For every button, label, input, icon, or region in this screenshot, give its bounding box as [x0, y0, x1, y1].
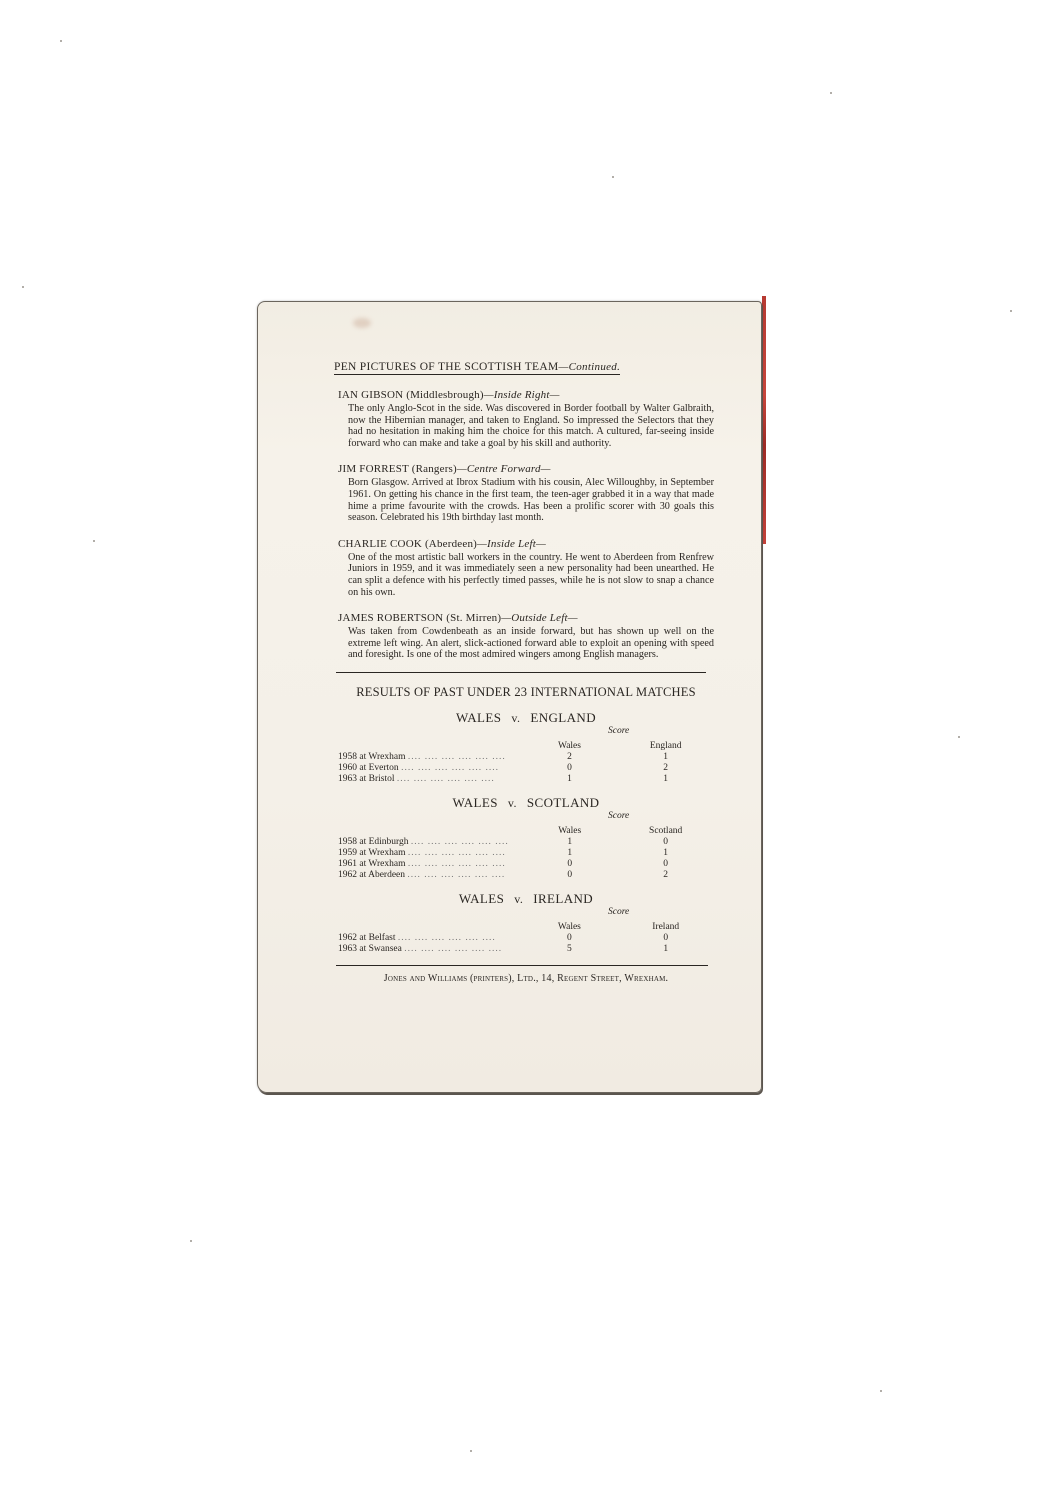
table-header: WalesEngland — [338, 740, 714, 752]
fixture-block: Walesv.ScotlandScoreWalesScotland1958 at… — [338, 795, 714, 881]
player-name: Charlie Cook — [338, 538, 422, 550]
results-heading: Results of Past Under 23 International M… — [338, 685, 714, 700]
player-position: —Centre Forward— — [457, 463, 551, 475]
venue-text: 1963 at Swansea — [338, 944, 402, 954]
results-table: WalesEngland1958 at Wrexham .... .... ..… — [338, 740, 714, 785]
away-score: 1 — [617, 774, 714, 785]
player-entry: Jim Forrest (Rangers)—Centre Forward—Bor… — [338, 463, 714, 523]
player-club: (Rangers) — [412, 463, 457, 475]
match-venue: 1958 at Edinburgh .... .... .... .... ..… — [338, 837, 522, 848]
away-team: Scotland — [527, 795, 600, 810]
player-heading: Ian Gibson (Middlesbrough)—Inside Right— — [338, 389, 714, 401]
match-venue: 1963 at Bristol .... .... .... .... ....… — [338, 774, 522, 785]
venue-text: 1960 at Everton — [338, 763, 399, 773]
venue-text: 1959 at Wrexham — [338, 848, 406, 858]
fixture-list: Walesv.EnglandScoreWalesEngland1958 at W… — [338, 710, 714, 955]
divider — [336, 965, 708, 966]
venue-header — [338, 825, 522, 837]
player-name: Ian Gibson — [338, 389, 403, 401]
away-team: Ireland — [533, 891, 593, 906]
match-venue: 1959 at Wrexham .... .... .... .... ....… — [338, 848, 522, 859]
player-bio: Born Glasgow. Arrived at Ibrox Stadium w… — [348, 477, 714, 523]
table-header: WalesScotland — [338, 825, 714, 837]
versus: v. — [508, 796, 517, 810]
player-bio: The only Anglo-Scot in the side. Was dis… — [348, 403, 714, 449]
venue-header — [338, 740, 522, 752]
scan-speck — [1010, 310, 1012, 312]
red-cover-edge — [762, 296, 766, 544]
fixture-title: Walesv.Ireland — [338, 891, 714, 907]
leader-dots: .... .... .... .... .... .... — [411, 837, 509, 847]
scan-speck — [830, 92, 832, 94]
player-bio: Was taken from Cowdenbeath as an inside … — [348, 626, 714, 661]
away-score: 1 — [617, 848, 714, 859]
match-venue: 1962 at Belfast .... .... .... .... ....… — [338, 933, 521, 944]
table-row: 1963 at Bristol .... .... .... .... ....… — [338, 774, 714, 785]
home-score: 0 — [521, 933, 617, 944]
home-score: 0 — [522, 859, 617, 870]
away-score: 2 — [617, 763, 714, 774]
player-heading: James Robertson (St. Mirren)—Outside Lef… — [338, 612, 714, 624]
leader-dots: .... .... .... .... .... .... — [398, 933, 496, 943]
home-score: 0 — [522, 870, 617, 881]
versus: v. — [514, 892, 523, 906]
home-score: 5 — [521, 944, 617, 955]
away-score: 0 — [617, 859, 714, 870]
venue-text: 1962 at Aberdeen — [338, 870, 405, 880]
away-team: England — [530, 710, 596, 725]
table-row: 1960 at Everton .... .... .... .... ....… — [338, 763, 714, 774]
fixture-title: Walesv.England — [338, 710, 714, 726]
leader-dots: .... .... .... .... .... .... — [408, 752, 506, 762]
venue-header — [338, 921, 521, 933]
leader-dots: .... .... .... .... .... .... — [404, 944, 502, 954]
score-label: Score — [608, 726, 629, 736]
results-table: WalesIreland1962 at Belfast .... .... ..… — [338, 921, 714, 955]
score-label: Score — [608, 907, 629, 917]
leader-dots: .... .... .... .... .... .... — [401, 763, 499, 773]
player-name: James Robertson — [338, 612, 443, 624]
player-heading: Charlie Cook (Aberdeen)—Inside Left— — [338, 538, 714, 550]
column-header: Wales — [522, 825, 617, 837]
table-row: 1958 at Wrexham .... .... .... .... ....… — [338, 752, 714, 763]
table-row: 1963 at Swansea .... .... .... .... ....… — [338, 944, 714, 955]
column-header: England — [617, 740, 714, 752]
player-position: —Outside Left— — [501, 612, 577, 624]
scan-speck — [958, 736, 960, 738]
player-position: —Inside Right— — [484, 389, 560, 401]
venue-text: 1958 at Wrexham — [338, 752, 406, 762]
venue-text: 1958 at Edinburgh — [338, 837, 409, 847]
column-header: Ireland — [617, 921, 714, 933]
player-club: (Aberdeen) — [425, 538, 477, 550]
scan-speck — [93, 540, 95, 542]
fixture-block: Walesv.IrelandScoreWalesIreland1962 at B… — [338, 891, 714, 955]
leader-dots: .... .... .... .... .... .... — [407, 870, 505, 880]
table-row: 1962 at Aberdeen .... .... .... .... ...… — [338, 870, 714, 881]
player-entry: Ian Gibson (Middlesbrough)—Inside Right—… — [338, 389, 714, 449]
leader-dots: .... .... .... .... .... .... — [408, 859, 506, 869]
away-score: 0 — [617, 837, 714, 848]
venue-text: 1962 at Belfast — [338, 933, 396, 943]
scan-speck — [22, 286, 24, 288]
match-venue: 1963 at Swansea .... .... .... .... ....… — [338, 944, 521, 955]
table-header: WalesIreland — [338, 921, 714, 933]
column-header: Wales — [521, 921, 617, 933]
player-position: —Inside Left— — [477, 538, 546, 550]
player-club: (St. Mirren) — [446, 612, 501, 624]
pen-pictures-heading: Pen Pictures of the Scottish Team—Contin… — [334, 361, 620, 375]
scan-speck — [190, 1240, 192, 1242]
away-score: 1 — [617, 944, 714, 955]
home-score: 1 — [522, 848, 617, 859]
away-score: 0 — [617, 933, 714, 944]
player-bio: One of the most artistic ball workers in… — [348, 552, 714, 598]
score-label: Score — [608, 811, 629, 821]
home-score: 1 — [522, 774, 618, 785]
table-row: 1958 at Edinburgh .... .... .... .... ..… — [338, 837, 714, 848]
player-list: Ian Gibson (Middlesbrough)—Inside Right—… — [338, 389, 714, 661]
venue-text: 1963 at Bristol — [338, 774, 394, 784]
scan-speck — [880, 1390, 882, 1392]
home-score: 1 — [522, 837, 617, 848]
home-team: Wales — [459, 891, 504, 906]
match-venue: 1962 at Aberdeen .... .... .... .... ...… — [338, 870, 522, 881]
versus: v. — [511, 711, 520, 725]
match-venue: 1961 at Wrexham .... .... .... .... ....… — [338, 859, 522, 870]
page-content: Pen Pictures of the Scottish Team—Contin… — [338, 357, 714, 984]
away-score: 2 — [617, 870, 714, 881]
printer-credit: Jones and Williams (printers), Ltd., 14,… — [338, 973, 714, 984]
results-table: WalesScotland1958 at Edinburgh .... ....… — [338, 825, 714, 881]
table-row: 1959 at Wrexham .... .... .... .... ....… — [338, 848, 714, 859]
match-venue: 1958 at Wrexham .... .... .... .... ....… — [338, 752, 522, 763]
away-score: 1 — [617, 752, 714, 763]
leader-dots: .... .... .... .... .... .... — [408, 848, 506, 858]
table-row: 1962 at Belfast .... .... .... .... ....… — [338, 933, 714, 944]
leader-dots: .... .... .... .... .... .... — [397, 774, 495, 784]
column-header: Scotland — [617, 825, 714, 837]
table-row: 1961 at Wrexham .... .... .... .... ....… — [338, 859, 714, 870]
fixture-title: Walesv.Scotland — [338, 795, 714, 811]
column-header: Wales — [522, 740, 618, 752]
divider — [336, 672, 706, 673]
paper-stain — [353, 318, 371, 328]
venue-text: 1961 at Wrexham — [338, 859, 406, 869]
player-entry: James Robertson (St. Mirren)—Outside Lef… — [338, 612, 714, 661]
scan-speck — [470, 1450, 472, 1452]
fixture-block: Walesv.EnglandScoreWalesEngland1958 at W… — [338, 710, 714, 785]
scan-speck — [60, 40, 62, 42]
player-heading: Jim Forrest (Rangers)—Centre Forward— — [338, 463, 714, 475]
player-name: Jim Forrest — [338, 463, 409, 475]
home-team: Wales — [453, 795, 498, 810]
home-score: 2 — [522, 752, 618, 763]
home-team: Wales — [456, 710, 501, 725]
player-entry: Charlie Cook (Aberdeen)—Inside Left—One … — [338, 538, 714, 598]
scan-speck — [612, 176, 614, 178]
home-score: 0 — [522, 763, 618, 774]
player-club: (Middlesbrough) — [406, 389, 484, 401]
match-venue: 1960 at Everton .... .... .... .... ....… — [338, 763, 522, 774]
